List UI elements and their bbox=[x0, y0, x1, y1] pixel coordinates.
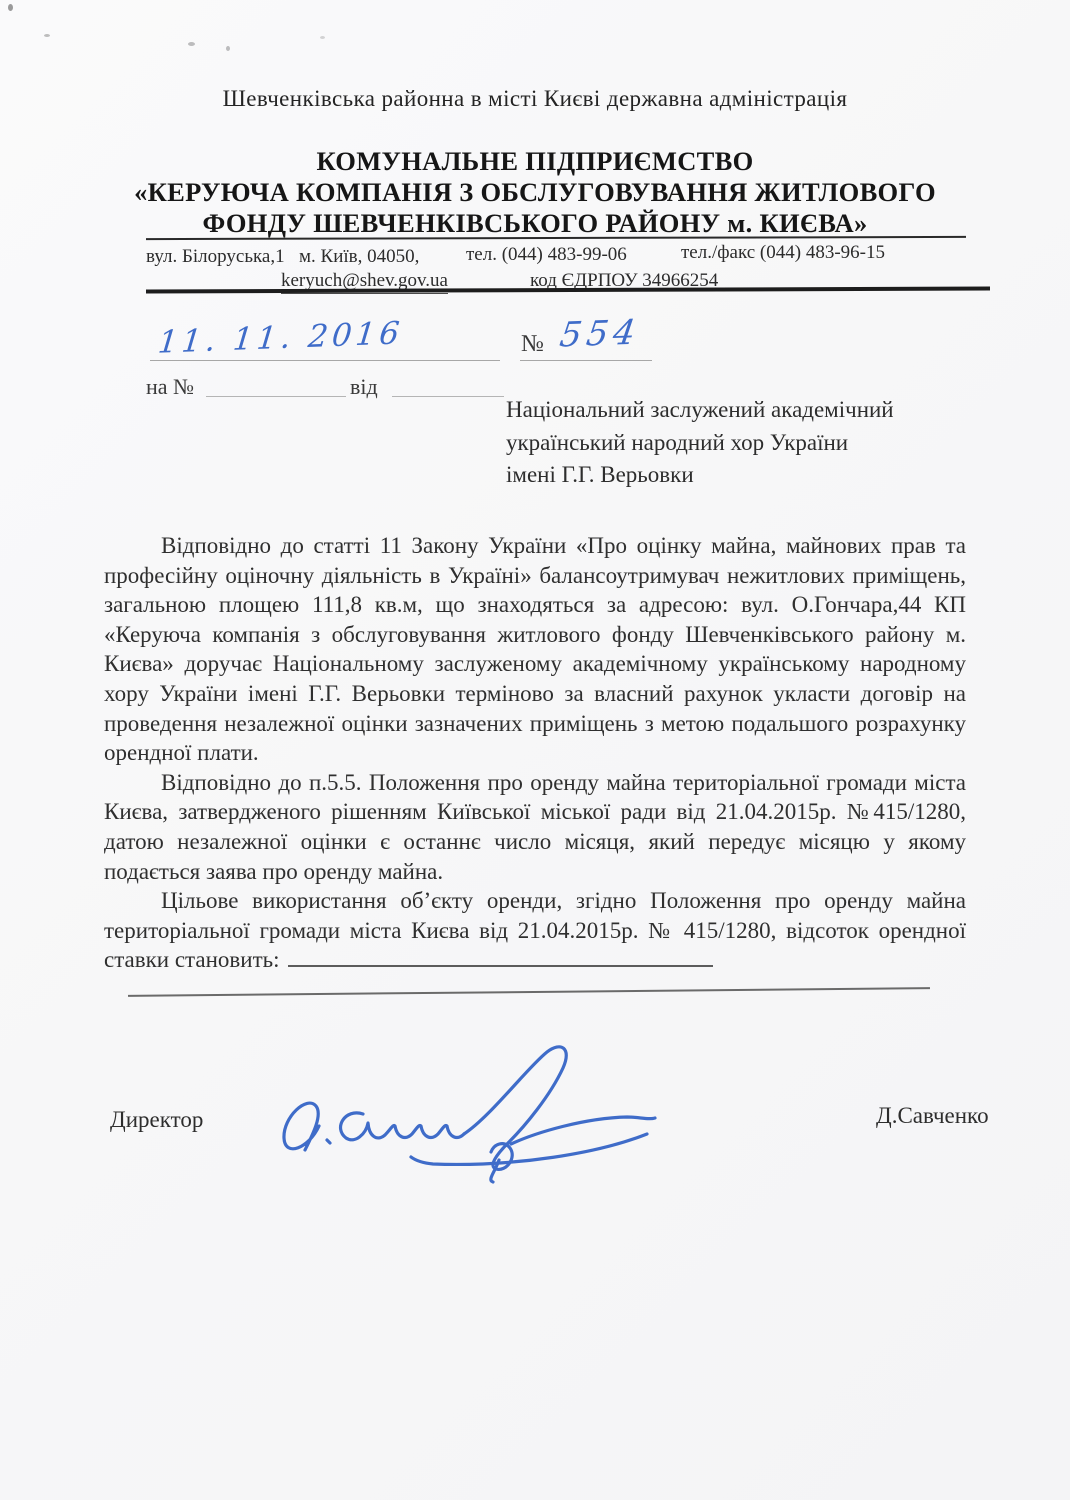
reply-to-number-blank-line bbox=[206, 396, 346, 397]
handwritten-outgoing-number: 554 bbox=[557, 312, 643, 355]
scan-speck bbox=[226, 46, 230, 51]
number-sign-label: № bbox=[521, 331, 544, 358]
scan-speck bbox=[44, 34, 50, 37]
handwritten-signature bbox=[255, 1040, 675, 1200]
company-title-block: КОМУНАЛЬНЕ ПІДПРИЄМСТВО «КЕРУЮЧА КОМПАНІ… bbox=[0, 146, 1070, 239]
recipient-block: Національний заслужений академічний укра… bbox=[506, 394, 976, 492]
company-type-line: КОМУНАЛЬНЕ ПІДПРИЄМСТВО bbox=[0, 146, 1070, 177]
scanned-letter-page: Шевченківська районна в місті Києві держ… bbox=[0, 0, 1070, 1500]
recipient-line3: імені Г.Г. Верьовки bbox=[506, 459, 976, 492]
recipient-line1: Національний заслужений академічний bbox=[506, 394, 976, 427]
contact-city-zip: м. Київ, 04050, bbox=[299, 246, 419, 268]
reply-from-date-blank-line bbox=[392, 396, 504, 397]
continuation-blank-line bbox=[128, 987, 930, 997]
recipient-line2: український народний хор України bbox=[506, 427, 976, 460]
header-divider-thick bbox=[146, 287, 990, 294]
contact-address: вул. Білоруська,1 bbox=[146, 246, 285, 268]
reply-to-number-label: на № bbox=[146, 374, 194, 400]
reply-from-date-label: від bbox=[350, 374, 378, 400]
issuing-authority-title: Шевченківська районна в місті Києві держ… bbox=[0, 86, 1070, 112]
scan-speck bbox=[8, 4, 13, 11]
body-paragraph-1-text: Відповідно до статті 11 Закону України «… bbox=[104, 533, 966, 765]
body-paragraph-1: Відповідно до статті 11 Закону України «… bbox=[104, 531, 966, 768]
handwritten-date: 11. 11. 2016 bbox=[156, 315, 405, 361]
signer-name: Д.Савченко bbox=[876, 1103, 989, 1129]
body-paragraph-3-text: Цільове використання об’єкту оренди, згі… bbox=[104, 888, 966, 972]
body-paragraph-2-text: Відповідно до п.5.5. Положення про оренд… bbox=[104, 770, 966, 884]
scan-speck bbox=[320, 36, 325, 39]
company-name-line2: ФОНДУ ШЕВЧЕНКІВСЬКОГО РАЙОНУ м. КИЄВА» bbox=[0, 208, 1070, 239]
number-blank-line bbox=[520, 360, 652, 361]
body-paragraph-2: Відповідно до п.5.5. Положення про оренд… bbox=[104, 768, 966, 886]
contact-phone: тел. (044) 483-99-06 bbox=[466, 244, 627, 266]
letter-body: Відповідно до статті 11 Закону України «… bbox=[104, 531, 966, 975]
scan-speck bbox=[188, 42, 195, 46]
rental-rate-blank-line bbox=[288, 964, 713, 967]
signer-position-label: Директор bbox=[110, 1107, 203, 1133]
body-paragraph-3: Цільове використання об’єкту оренди, згі… bbox=[104, 886, 966, 975]
date-blank-line bbox=[150, 360, 500, 361]
company-name-line1: «КЕРУЮЧА КОМПАНІЯ З ОБСЛУГОВУВАННЯ ЖИТЛО… bbox=[0, 177, 1070, 208]
contact-fax: тел./факс (044) 483-96-15 bbox=[681, 242, 885, 264]
